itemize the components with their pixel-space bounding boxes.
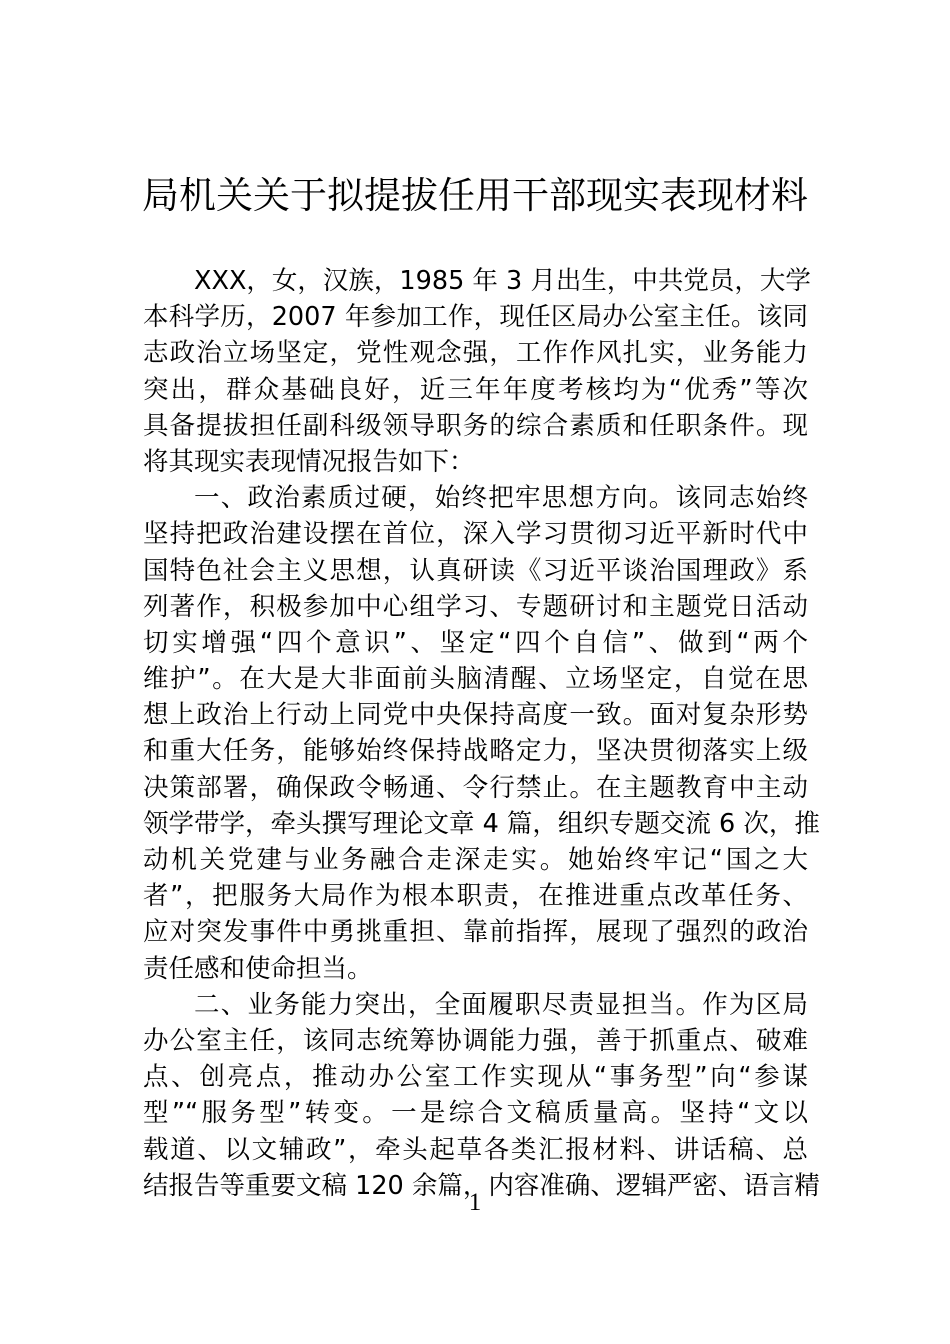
text-line: 点、创亮点，推动办公室工作实现从“事务型”向“参谋: [143, 1059, 808, 1095]
text-line: 突出，群众基础良好，近三年年度考核均为“优秀”等次: [143, 372, 808, 408]
text-line: 本科学历，2007 年参加工作，现任区局办公室主任。该同: [143, 299, 808, 335]
text-line: 型”“服务型”转变。一是综合文稿质量高。坚持“文以: [143, 1095, 808, 1131]
page-number: 1: [0, 1188, 950, 1218]
text-line: 者”，把服务大局作为根本职责，在推进重点改革任务、: [143, 878, 808, 914]
paragraph-section-1: 一、政治素质过硬，始终把牢思想方向。该同志始终 坚持把政治建设摆在首位，深入学习…: [143, 480, 808, 987]
text-line: 想上政治上行动上同党中央保持高度一致。面对复杂形势: [143, 697, 808, 733]
text-line: 决策部署，确保政令畅通、令行禁止。在主题教育中主动: [143, 770, 808, 806]
text-line: 动机关党建与业务融合走深走实。她始终牢记“国之大: [143, 842, 808, 878]
text-line: 志政治立场坚定，党性观念强，工作作风扎实，业务能力: [143, 335, 808, 371]
text-line: 领学带学，牵头撰写理论文章 4 篇，组织专题交流 6 次，推: [143, 806, 808, 842]
text-line: 列著作，积极参加中心组学习、专题研讨和主题党日活动: [143, 589, 808, 625]
section-heading-line: 二、业务能力突出，全面履职尽责显担当。作为区局: [143, 987, 808, 1023]
section-heading-line: 一、政治素质过硬，始终把牢思想方向。该同志始终: [143, 480, 808, 516]
text-line: 切实增强“四个意识”、坚定“四个自信”、做到“两个: [143, 625, 808, 661]
text-line: 维护”。在大是大非面前头脑清醒、立场坚定，自觉在思: [143, 661, 808, 697]
text-line: 坚持把政治建设摆在首位，深入学习贯彻习近平新时代中: [143, 516, 808, 552]
document-title: 局机关关于拟提拔任用干部现实表现材料: [0, 170, 950, 222]
text-line: 应对突发事件中勇挑重担、靠前指挥，展现了强烈的政治: [143, 914, 808, 950]
paragraph-intro: XXX，女，汉族，1985 年 3 月出生，中共党员，大学 本科学历，2007 …: [143, 263, 808, 480]
text-line: 国特色社会主义思想，认真研读《习近平谈治国理政》系: [143, 553, 808, 589]
text-line: 责任感和使命担当。: [143, 951, 808, 987]
text-line: XXX，女，汉族，1985 年 3 月出生，中共党员，大学: [143, 263, 808, 299]
paragraph-section-2: 二、业务能力突出，全面履职尽责显担当。作为区局 办公室主任，该同志统筹协调能力强…: [143, 987, 808, 1204]
document-page: 局机关关于拟提拔任用干部现实表现材料 XXX，女，汉族，1985 年 3 月出生…: [0, 0, 950, 1344]
text-line: 办公室主任，该同志统筹协调能力强，善于抓重点、破难: [143, 1023, 808, 1059]
text-line: 和重大任务，能够始终保持战略定力，坚决贯彻落实上级: [143, 733, 808, 769]
document-body: XXX，女，汉族，1985 年 3 月出生，中共党员，大学 本科学历，2007 …: [143, 263, 808, 1204]
text-line: 具备提拔担任副科级领导职务的综合素质和任职条件。现: [143, 408, 808, 444]
text-line: 载道、以文辅政”，牵头起草各类汇报材料、讲话稿、总: [143, 1132, 808, 1168]
text-line: 将其现实表现情况报告如下：: [143, 444, 808, 480]
